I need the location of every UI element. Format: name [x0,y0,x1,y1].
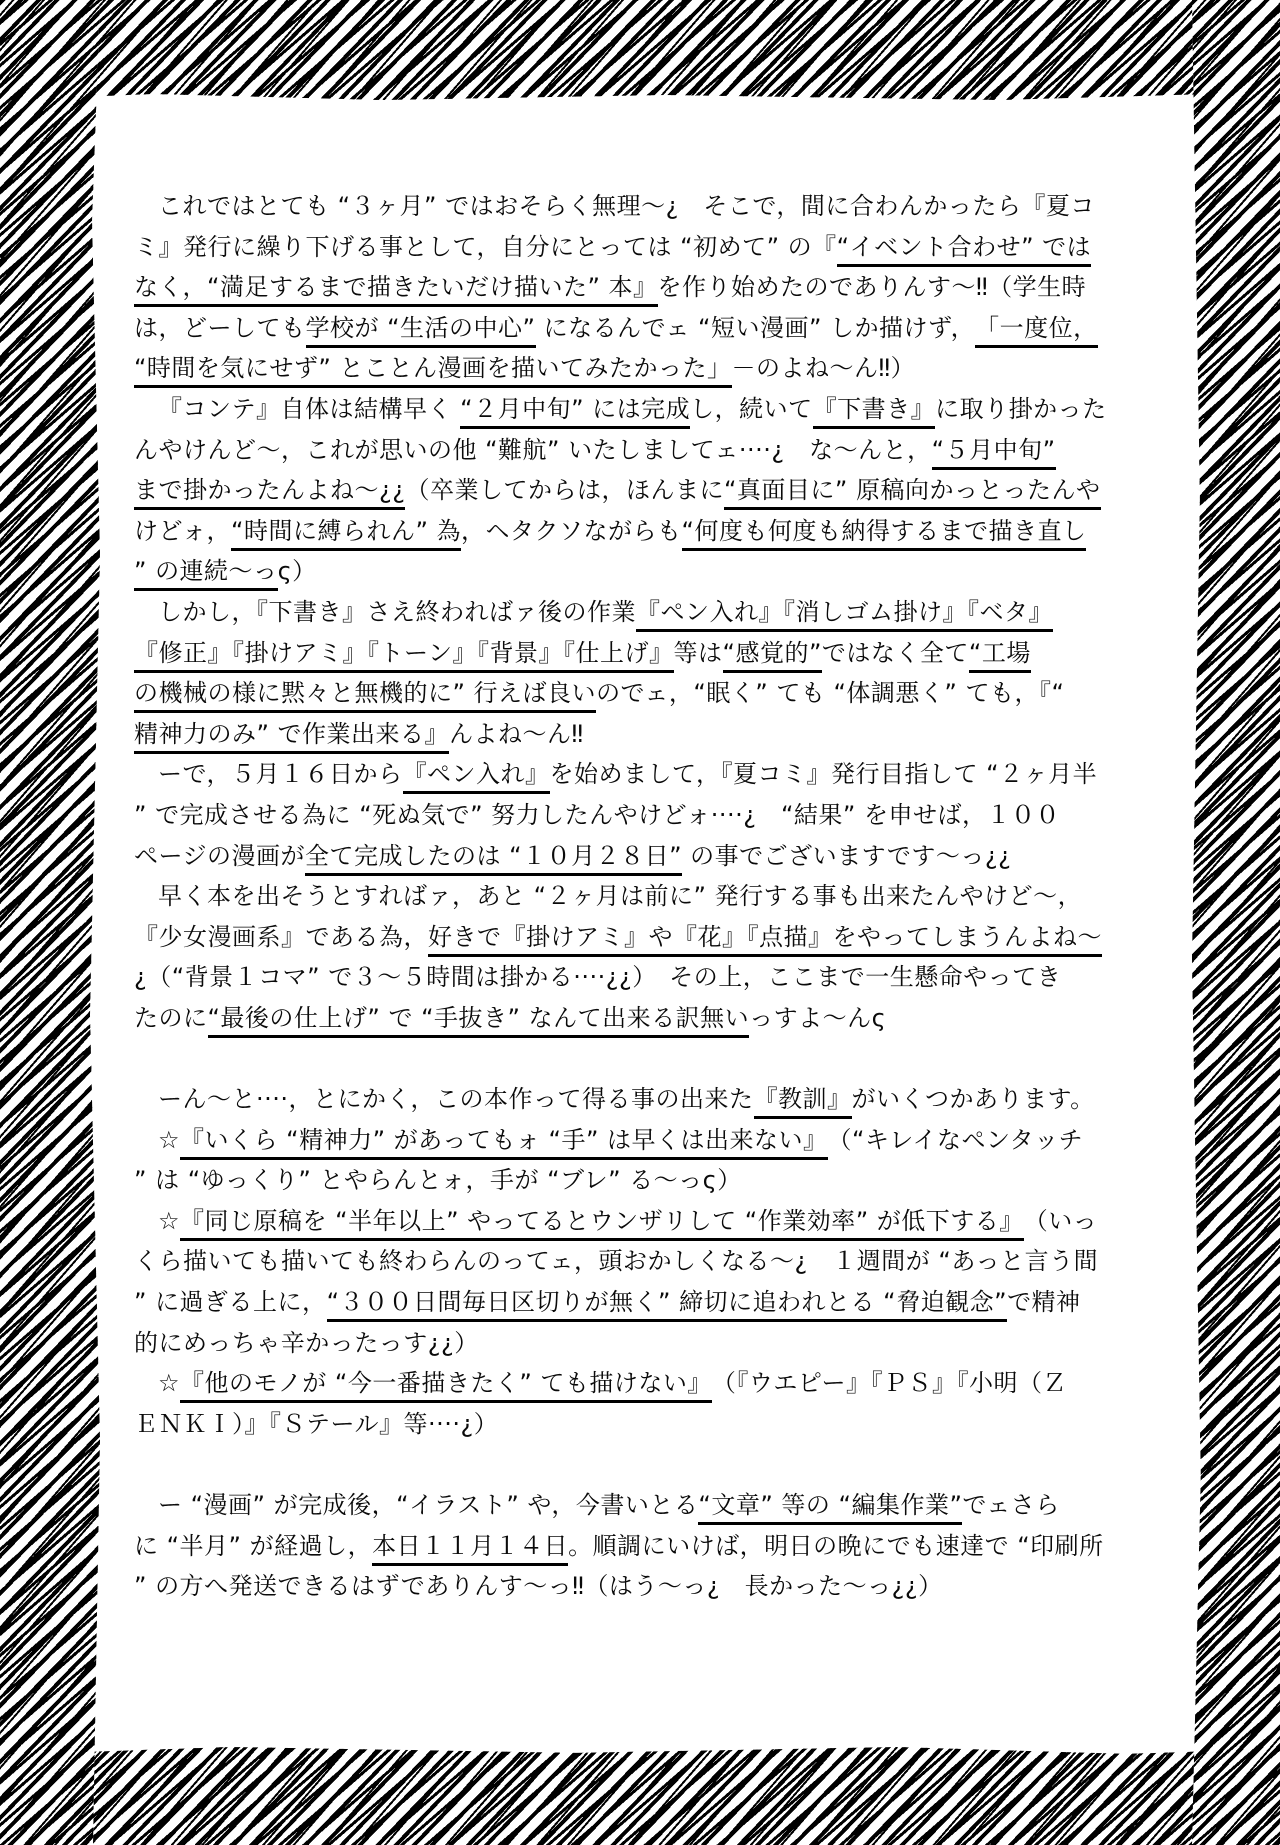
text-line: に “半月” が経過し，本日１１月１４日。順調にいけば，明日の晩にでも速達で “… [134,1526,1060,1567]
underlined-text: “真面目に” 原稿向かっとったんや [724,475,1101,510]
text-line: 『修正』『掛けアミ』『トーン』『背景』『仕上げ』等は“感覚的”ではなく全て“工場 [134,633,1060,674]
plain-text: ＥＮＫＩ）』『Ｓテール』等····¿） [134,1409,498,1440]
plain-text: し，続いて [690,394,813,425]
text-line: 的にめっちゃ辛かったっす¿¿） [134,1323,1060,1364]
plain-text: ” で完成させる為に “死ぬ気で” 努力したんやけどォ····¿ “結果” を申… [134,800,1060,831]
underlined-text: 学校が “生活の中心” [306,313,536,348]
plain-text: のでェ，“眠く” ても “体調悪く” ても，『“ [596,678,1064,709]
plain-text: っすよ～んς [749,1003,886,1034]
underlined-text: “５月中旬” [932,435,1056,470]
underlined-text: 『ペン入れ』『消しゴム掛け』『ベタ』 [636,597,1053,632]
plain-text: （『ウエピー』『ＰＳ』『小明（Ｚ [712,1368,1067,1399]
underlined-text: まで掛かったんよね～¿¿ [134,475,405,510]
text-line: まで掛かったんよね～¿¿（卒業してからは，ほんまに“真面目に” 原稿向かっとった… [134,470,1060,511]
text-line: ミ』発行に繰り下げる事として，自分にとっては “初めて” の『“イベント合わせ”… [134,227,1060,268]
text-line: ページの漫画が全て完成したのは “１０月２８日” の事でございますです～っ¿¿ [134,836,1060,877]
plain-text: ではなく全て [822,638,969,669]
plain-text: 『少女漫画系』である為， [134,922,428,953]
underlined-text: “２月中旬” には完成 [460,394,690,429]
plain-text: ς） [278,556,317,587]
plain-text: を作り始めたのでありんす～‼（学生時 [658,272,1087,303]
plain-text: ” は “ゆっくり” とやらんとォ，手が “ブレ” る～っς） [134,1165,742,1196]
underlined-text: 『同じ原稿を “半年以上” やってるとウンザリして “作業効率” が低下する』 [180,1206,1024,1241]
underlined-text: 精神力のみ” で作業出来る』 [134,719,449,754]
plain-text: ーで，５月１６日から [158,759,403,790]
underlined-text: 「一度位， [975,313,1098,348]
text-line: なく，“満足するまで描きたいだけ描いた” 本』を作り始めたのでありんす～‼（学生… [134,267,1060,308]
text-line: ☆『他のモノが “今一番描きたく” ても描けない』（『ウエピー』『ＰＳ』『小明（… [134,1363,1060,1404]
underlined-text: “時間を気にせず” とことん漫画を描いてみたかった」 [134,353,732,388]
underlined-text: 『いくら “精神力” があってもォ “手” は早くは出来ない』 [180,1125,828,1160]
underlined-text: “３００日間毎日区切りが無く” 締切に追われとる “脅迫観念” [327,1287,1008,1322]
plain-text: でェさら [962,1490,1059,1521]
text-line: ” の方へ発送できるはずでありんす～っ‼（はう～っ¿ 長かった～っ¿¿） [134,1566,1060,1607]
text-line: ” の連続～っς） [134,551,1060,592]
plain-text: 等は [674,638,723,669]
text-line: ーん～と····，とにかく，この本作って得る事の出来た『教訓』がいくつかあります… [134,1079,1060,1120]
underlined-text: “工場 [969,638,1031,673]
plain-text: ，ヘタクソながらも [461,516,682,547]
plain-text: の事でございますです～っ¿¿ [682,841,1011,872]
underlined-text: 本日１１月１４日 [372,1531,568,1566]
underlined-text: 好きで『掛けアミ』や『花』『点描』をやってしまうんよね～ [428,922,1102,957]
text-line: ー “漫画” が完成後，“イラスト” や，今書いとる“文章” 等の “編集作業”… [134,1485,1060,1526]
text-line: ¿（“背景１コマ” で３～５時間は掛かる····¿¿） その上，ここまで一生懸命… [134,957,1060,998]
text-line: んやけんど～，これが思いの他 “難航” いたしましてェ····¿ な～んと，“５… [134,430,1060,471]
plain-text: んよね～ん‼ [449,719,584,750]
text-line: くら描いても描いても終わらんのってェ，頭おかしくなる～¿ １週間が “あっと言う… [134,1241,1060,1282]
underlined-text: 『下書き』 [813,394,936,429]
text-line: これではとても “３ヶ月” ではおそらく無理～¿ そこで，間に合わんかったら『夏… [134,186,1060,227]
underlined-text: 『教訓』 [754,1084,852,1119]
plain-text: くら描いても描いても終わらんのってェ，頭おかしくなる～¿ １週間が “あっと言う… [134,1246,1098,1277]
text-line: は，どーしても学校が “生活の中心” になるんでェ “短い漫画” しか描けず，「… [134,308,1060,349]
underlined-text: “最後の仕上げ” で “手抜き” なんて出来る訳無い [208,1003,750,1038]
plain-text: ミ』発行に繰り下げる事として，自分にとっては “初めて” の『 [134,232,837,263]
underlined-text: 全て完成したのは “１０月２８日” [305,841,682,876]
plain-text: ページの漫画が [134,841,305,872]
text-line: 『コンテ』自体は結構早く “２月中旬” には完成し，続いて『下書き』に取り掛かっ… [134,389,1060,430]
underlined-text: 『ペン入れ』 [403,759,550,794]
plain-text: ” に過ぎる上に， [134,1287,327,1318]
plain-text: ☆ [158,1206,180,1237]
plain-text: を始めまして，『夏コミ』発行目指して “２ヶ月半 [550,759,1098,790]
text-line: ＥＮＫＩ）』『Ｓテール』等····¿） [134,1404,1060,1445]
plain-text: （いっ [1024,1206,1098,1237]
text-line: たのに“最後の仕上げ” で “手抜き” なんて出来る訳無いっすよ～んς [134,998,1060,1039]
text-line: 早く本を出そうとすればァ，あと “２ヶ月は前に” 発行する事も出来たんやけど～， [134,876,1060,917]
plain-text: ーん～と····，とにかく，この本作って得る事の出来た [158,1084,754,1115]
underlined-text: “イベント合わせ” では [837,232,1092,267]
hatched-border-left [0,0,100,1845]
plain-text: ☆ [158,1368,180,1399]
text-line: ” で完成させる為に “死ぬ気で” 努力したんやけどォ····¿ “結果” を申… [134,795,1060,836]
underlined-text: “文章” 等の “編集作業” [698,1490,962,1525]
text-line: ーで，５月１６日から『ペン入れ』を始めまして，『夏コミ』発行目指して “２ヶ月半 [134,754,1060,795]
text-line: けどォ，“時間に縛られん” 為，ヘタクソながらも“何度も何度も納得するまで描き直… [134,511,1060,552]
plain-text: んやけんど～，これが思いの他 “難航” いたしましてェ····¿ な～んと， [134,435,932,466]
text-line: “時間を気にせず” とことん漫画を描いてみたかった」－のよね～ん‼） [134,348,1060,389]
underlined-text: 『修正』『掛けアミ』『トーン』『背景』『仕上げ』 [134,638,674,673]
underlined-text: “時間に縛られん” 為 [231,516,461,551]
text-line: 『少女漫画系』である為，好きで『掛けアミ』や『花』『点描』をやってしまうんよね～ [134,917,1060,958]
hatched-border-top [0,0,1280,100]
underlined-text: “感覚的” [723,638,822,673]
plain-text: ☆ [158,1125,180,1156]
underlined-text: ” の連続～っ [134,556,278,591]
plain-text: （卒業してからは，ほんまに [405,475,724,506]
plain-text: になるんでェ “短い漫画” しか描けず， [536,313,976,344]
plain-text: 早く本を出そうとすればァ，あと “２ヶ月は前に” 発行する事も出来たんやけど～， [158,881,1082,912]
scanned-document-page: これではとても “３ヶ月” ではおそらく無理～¿ そこで，間に合わんかったら『夏… [0,0,1280,1845]
text-line: 精神力のみ” で作業出来る』んよね～ん‼ [134,714,1060,755]
underlined-text: の機械の様に黙々と無機的に” 行えば良い [134,678,596,713]
plain-text: これではとても “３ヶ月” ではおそらく無理～¿ そこで，間に合わんかったら『夏… [158,191,1095,222]
plain-text: 。順調にいけば，明日の晩にでも速達で “印刷所 [568,1531,1104,1562]
plain-text: （“キレイなペンタッチ [828,1125,1084,1156]
plain-text: がいくつかあります。 [852,1084,1095,1115]
underlined-text: “何度も何度も納得するまで描き直し [682,516,1087,551]
text-line: ☆『同じ原稿を “半年以上” やってるとウンザリして “作業効率” が低下する』… [134,1201,1060,1242]
plain-text: ー “漫画” が完成後，“イラスト” や，今書いとる [158,1490,698,1521]
plain-text: けどォ， [134,516,231,547]
plain-text: に “半月” が経過し， [134,1531,372,1562]
hatched-border-bottom [0,1747,1280,1845]
blank-line [134,1038,1060,1079]
plain-text: ¿（“背景１コマ” で３～５時間は掛かる····¿¿） その上，ここまで一生懸命… [134,962,1061,993]
plain-text: しかし，『下書き』さえ終わればァ後の作業 [158,597,636,628]
plain-text: 『コンテ』自体は結構早く [158,394,460,425]
text-block: これではとても “３ヶ月” ではおそらく無理～¿ そこで，間に合わんかったら『夏… [134,186,1060,1607]
plain-text: に取り掛かった [935,394,1107,425]
underlined-text: 『他のモノが “今一番描きたく” ても描けない』 [180,1368,712,1403]
hatched-border-right [1192,0,1280,1845]
plain-text: で精神 [1007,1287,1081,1318]
text-line: しかし，『下書き』さえ終わればァ後の作業『ペン入れ』『消しゴム掛け』『ベタ』 [134,592,1060,633]
text-line: の機械の様に黙々と無機的に” 行えば良いのでェ，“眠く” ても “体調悪く” て… [134,673,1060,714]
plain-text: －のよね～ん‼） [732,353,916,384]
underlined-text: なく，“満足するまで描きたいだけ描いた” 本』 [134,272,658,307]
plain-text: たのに [134,1003,208,1034]
text-line: ” に過ぎる上に，“３００日間毎日区切りが無く” 締切に追われとる “脅迫観念”… [134,1282,1060,1323]
plain-text: ” の方へ発送できるはずでありんす～っ‼（はう～っ¿ 長かった～っ¿¿） [134,1571,943,1602]
text-line: ☆『いくら “精神力” があってもォ “手” は早くは出来ない』（“キレイなペン… [134,1120,1060,1161]
blank-line [134,1444,1060,1485]
plain-text: 的にめっちゃ辛かったっす¿¿） [134,1328,479,1359]
plain-text: は，どーしても [134,313,306,344]
text-line: ” は “ゆっくり” とやらんとォ，手が “ブレ” る～っς） [134,1160,1060,1201]
